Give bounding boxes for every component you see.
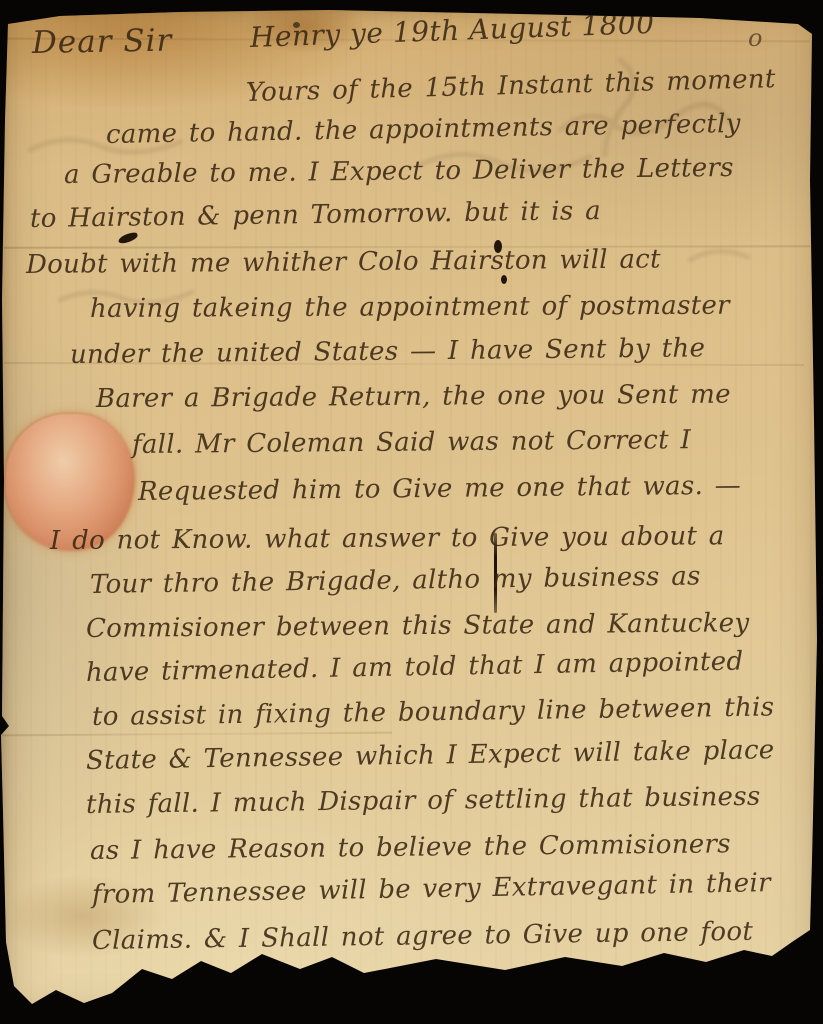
letter-line: fall. Mr Coleman Said was not Correct I <box>132 427 691 458</box>
letter-line: I do not Know. what answer to Give you a… <box>50 523 725 554</box>
letter-salutation: Dear Sir <box>32 26 173 59</box>
letter-line: Barer a Brigade Return, the one you Sent… <box>96 382 731 412</box>
letter-line: to Hairston & penn Tomorrow. but it is a <box>30 198 601 232</box>
letter-line: under the united States — I have Sent by… <box>70 335 705 368</box>
letter-line: this fall. I much Dispair of settling th… <box>86 784 761 818</box>
letter-line: Requested him to Give me one that was. — <box>138 473 741 505</box>
letter-line: Commisioner between this State and Kantu… <box>86 610 750 642</box>
corner-mark: o <box>748 26 762 50</box>
letter-line: Doubt with me whither Colo Hairston will… <box>26 246 661 278</box>
ink-blot <box>501 275 507 284</box>
letter-paper: Dear Sir Henry ye 19th August 1800 o You… <box>0 0 823 1024</box>
letter-line: a Greable to me. I Expect to Deliver the… <box>64 155 734 188</box>
photo-background: Dear Sir Henry ye 19th August 1800 o You… <box>0 0 823 1024</box>
letter-line: as I have Reason to believe the Commisio… <box>90 831 731 864</box>
letter-line: having takeing the appointment of postma… <box>90 293 730 322</box>
